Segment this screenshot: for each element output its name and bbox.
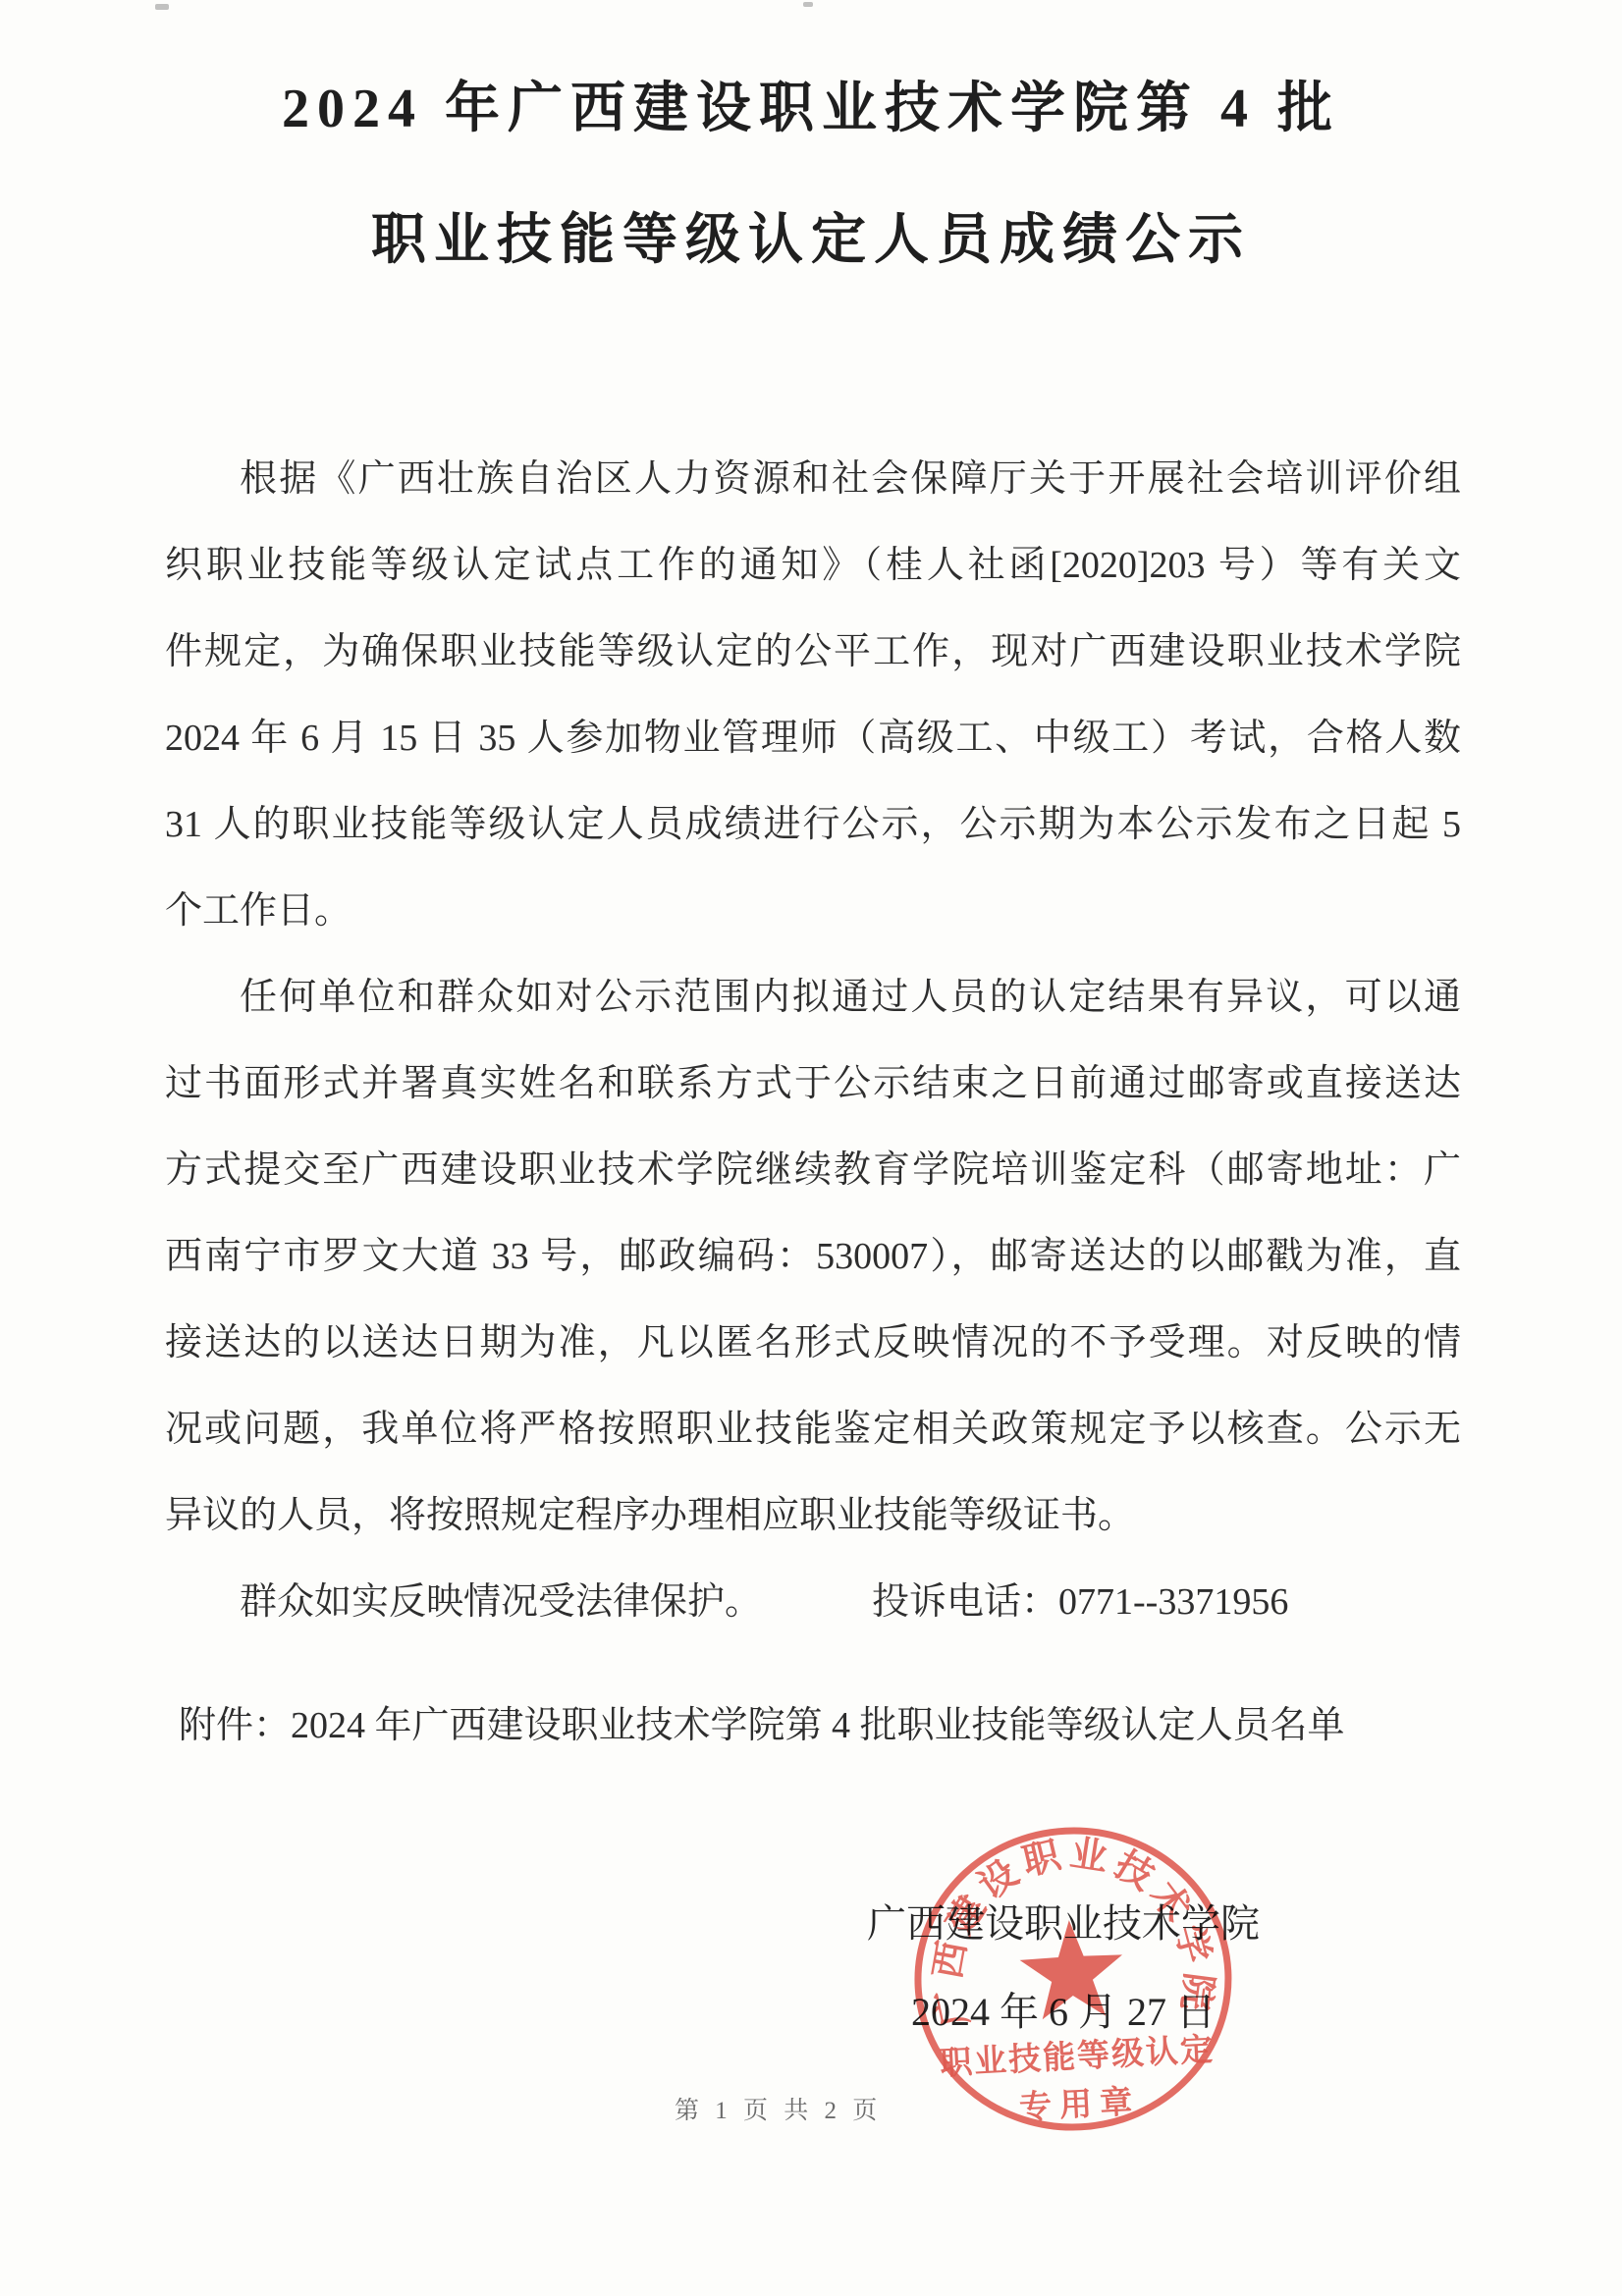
attachment-line: 附件：2024 年广西建设职业技术学院第 4 批职业技能等级认定人员名单 [179,1682,1345,1769]
scan-artifact-speck [155,4,169,10]
law-protection-text: 群众如实反映情况受法律保护。 [240,1559,762,1645]
seal-inner-line1: 职业技能等级认定 [939,2030,1216,2083]
body-line: 过书面形式并署真实姓名和联系方式于公示结束之日前通过邮寄或直接送达 [165,1041,1461,1127]
document-title-line1: 2024 年广西建设职业技术学院第 4 批 [0,80,1622,138]
official-seal-stamp: 广西建设职业技术学院 职业技能等级认定 专用章 [900,1815,1246,2144]
signature-organization: 广西建设职业技术学院 [867,1900,1260,1948]
body-line: 异议的人员，将按照规定程序办理相应职业技能等级证书。 [165,1472,1461,1559]
scan-artifact-speck [803,2,813,7]
body-line: 西南宁市罗文大道 33 号，邮政编码：530007），邮寄送达的以邮戳为准，直 [165,1213,1461,1300]
document-title-line2: 职业技能等级认定人员成绩公示 [0,211,1622,270]
body-line: 织职业技能等级认定试点工作的通知》（桂人社函[2020]203 号）等有关文 [165,522,1461,609]
document-body: 根据《广西壮族自治区人力资源和社会保障厅关于开展社会培训评价组 织职业技能等级认… [165,436,1461,1645]
body-line: 任何单位和群众如对公示范围内拟通过人员的认定结果有异议，可以通 [165,954,1461,1041]
page-number-footer: 第 1 页 共 2 页 [675,2097,882,2126]
seal-inner-line2: 专用章 [1018,2082,1141,2126]
body-line: 群众如实反映情况受法律保护。 投诉电话：0771--3371956 [165,1559,1461,1645]
body-line: 况或问题，我单位将严格按照职业技能鉴定相关政策规定予以核查。公示无 [165,1386,1461,1472]
body-line: 件规定，为确保职业技能等级认定的公平工作，现对广西建设职业技术学院 [165,609,1461,695]
signature-date: 2024 年 6 月 27 日 [911,1989,1216,2036]
scanned-document-page: 2024 年广西建设职业技术学院第 4 批 职业技能等级认定人员成绩公示 根据《… [0,0,1622,2296]
body-line: 根据《广西壮族自治区人力资源和社会保障厅关于开展社会培训评价组 [165,436,1461,522]
body-line: 个工作日。 [165,868,1461,954]
body-line: 接送达的以送达日期为准，凡以匿名形式反映情况的不予受理。对反映的情 [165,1300,1461,1386]
body-line: 31 人的职业技能等级认定人员成绩进行公示，公示期为本公示发布之日起 5 [165,781,1461,868]
body-line: 方式提交至广西建设职业技术学院继续教育学院培训鉴定科（邮寄地址：广 [165,1127,1461,1213]
complaint-phone: 投诉电话：0771--3371956 [872,1559,1288,1645]
body-line: 2024 年 6 月 15 日 35 人参加物业管理师（高级工、中级工）考试，合… [165,695,1461,781]
